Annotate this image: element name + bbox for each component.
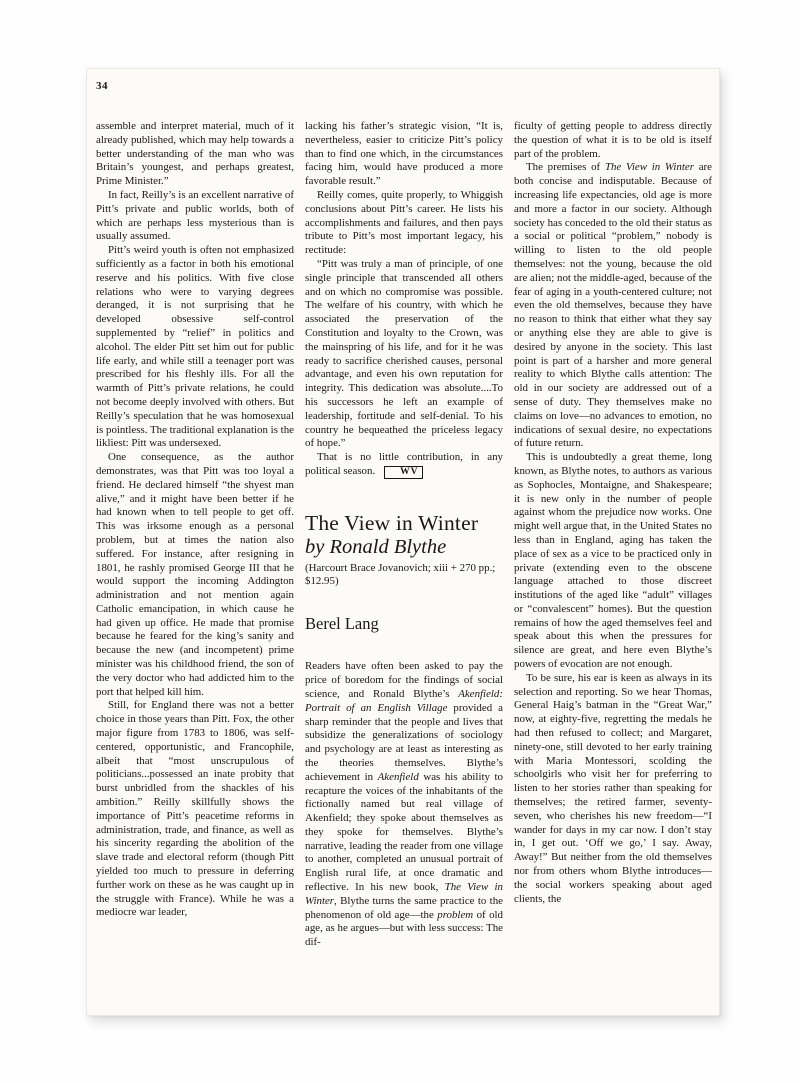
paragraph: That is no little contribution, in any p… (305, 451, 503, 479)
review-1-conclusion: lacking his father’s strategic vision, “… (305, 120, 503, 479)
paragraph: One consequence, as the author demonstra… (96, 451, 294, 699)
paragraph: assemble and interpret material, much of… (96, 120, 294, 189)
endmark-logo: WV (384, 466, 422, 479)
paragraph: In fact, Reilly’s is an excellent narrat… (96, 189, 294, 244)
column-1: assemble and interpret material, much of… (96, 120, 294, 1002)
reviewer-name: Berel Lang (305, 615, 503, 633)
magazine-page: 34 assemble and interpret material, much… (86, 68, 720, 1016)
paragraph: Pitt’s weird youth is often not emphasiz… (96, 244, 294, 451)
review-header: The View in Winter by Ronald Blythe (Har… (305, 512, 503, 588)
book-title: The View in Winter (305, 512, 503, 535)
paragraph: The premises of The View in Winter are b… (514, 161, 712, 451)
paragraph: Still, for England there was not a bette… (96, 699, 294, 920)
column-2: lacking his father’s strategic vision, “… (305, 120, 503, 1002)
paragraph: lacking his father’s strategic vision, “… (305, 120, 503, 189)
page-number: 34 (96, 80, 108, 92)
publisher-info: (Harcourt Brace Jovanovich; xiii + 270 p… (305, 562, 503, 588)
paragraph: “Pitt was truly a man of principle, of o… (305, 258, 503, 451)
paragraph: ficulty of getting people to address dir… (514, 120, 712, 161)
review-2-body-start: Readers have often been asked to pay the… (305, 660, 503, 950)
paragraph: Reilly comes, quite properly, to Whiggis… (305, 189, 503, 258)
book-author-byline: by Ronald Blythe (305, 535, 503, 559)
paragraph: Readers have often been asked to pay the… (305, 660, 503, 950)
scan-background: 34 assemble and interpret material, much… (0, 0, 800, 1083)
column-3: ficulty of getting people to address dir… (514, 120, 712, 1002)
paragraph: This is undoubtedly a great theme, long … (514, 451, 712, 672)
text-columns: assemble and interpret material, much of… (96, 120, 712, 1002)
paragraph: To be sure, his ear is keen as always in… (514, 672, 712, 907)
